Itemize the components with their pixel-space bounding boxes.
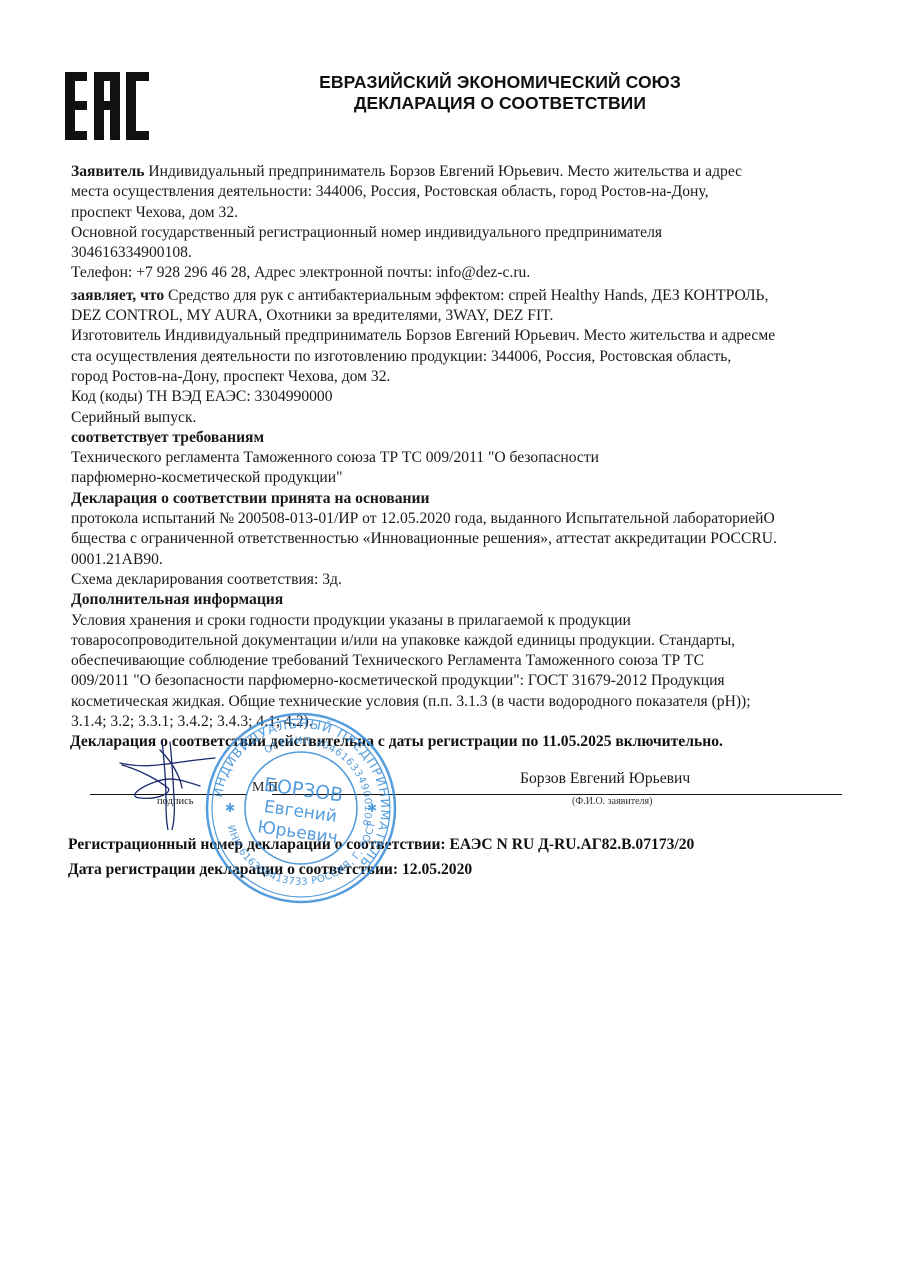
additional-section: Дополнительная информация Условия хранен… <box>71 590 861 732</box>
applicant-contacts: Телефон: +7 928 296 46 28, Адрес электро… <box>71 263 861 283</box>
applicant-line-1: Индивидуальный предприниматель Борзов Ев… <box>144 163 742 180</box>
additional-line-2: товаросопроводительной документации и/ил… <box>71 631 861 651</box>
manufacturer-section: Изготовитель Индивидуальный предпринимат… <box>71 326 861 387</box>
applicant-label: Заявитель <box>71 163 144 180</box>
additional-line-4: 009/2011 "О безопасности парфюмерно-косм… <box>71 671 861 691</box>
production-type: Серийный выпуск. <box>71 408 861 428</box>
basis-line-1: протокола испытаний № 200508-013-01/ИР о… <box>71 509 861 529</box>
declares-label: заявляет, что <box>71 287 164 304</box>
requirements-section: соответствует требованиям Технического р… <box>71 428 861 489</box>
declaration-page: ЕВРАЗИЙСКИЙ ЭКОНОМИЧЕСКИЙ СОЮЗ ДЕКЛАРАЦИ… <box>0 0 905 1280</box>
svg-text:✱: ✱ <box>225 801 235 815</box>
signer-caption: (Ф.И.О. заявителя) <box>572 796 652 807</box>
seal-place-label: М.П. <box>252 780 282 796</box>
manufacturer-line-2: ста осуществления деятельности по изгото… <box>71 347 861 367</box>
handwritten-signature-icon <box>110 740 250 830</box>
union-title: ЕВРАЗИЙСКИЙ ЭКОНОМИЧЕСКИЙ СОЮЗ <box>290 72 710 93</box>
requirements-line-1: Технического регламента Таможенного союз… <box>71 448 861 468</box>
additional-heading: Дополнительная информация <box>71 591 283 608</box>
manufacturer-line-1: Изготовитель Индивидуальный предпринимат… <box>71 326 861 346</box>
eac-logo-icon <box>64 70 150 142</box>
registration-date: Дата регистрации декларации о соответств… <box>68 861 472 879</box>
product-codes: Код (коды) ТН ВЭД ЕАЭС: 3304990000 <box>71 387 861 407</box>
applicant-line-2: места осуществления деятельности: 344006… <box>71 182 861 202</box>
registration-number: Регистрационный номер декларации о соотв… <box>68 836 694 854</box>
stamp-center-name: Евгений <box>263 797 338 827</box>
name-line <box>272 794 842 795</box>
requirements-heading: соответствует требованиям <box>71 429 264 446</box>
validity-statement: Декларация о соответствии действительна … <box>70 733 723 751</box>
signer-name: Борзов Евгений Юрьевич <box>520 770 690 788</box>
applicant-line-3: проспект Чехова, дом 32. <box>71 203 861 223</box>
declaration-scheme: Схема декларирования соответствия: 3д. <box>71 570 861 590</box>
svg-text:✱: ✱ <box>367 801 377 815</box>
declaration-title: ДЕКЛАРАЦИЯ О СООТВЕТСТВИИ <box>290 93 710 114</box>
declaration-body: Заявитель Индивидуальный предприниматель… <box>71 162 861 732</box>
basis-heading: Декларация о соответствии принята на осн… <box>71 490 429 507</box>
basis-section: Декларация о соответствии принята на осн… <box>71 489 861 590</box>
signature-caption: подпись <box>157 796 194 807</box>
additional-line-1: Условия хранения и сроки годности продук… <box>71 611 861 631</box>
additional-line-6: 3.1.4; 3.2; 3.3.1; 3.4.2; 3.4.3; 4.1; 4.… <box>71 712 861 732</box>
manufacturer-line-3: город Ростов-на-Дону, проспект Чехова, д… <box>71 367 861 387</box>
ogrnip-value: 304616334900108. <box>71 243 861 263</box>
requirements-line-2: парфюмерно-косметической продукции" <box>71 468 861 488</box>
ogrnip-label: Основной государственный регистрационный… <box>71 223 861 243</box>
additional-line-3: обеспечивающие соблюдение требований Тех… <box>71 651 861 671</box>
basis-line-3: 0001.21АВ90. <box>71 550 861 570</box>
signature-line <box>90 794 247 795</box>
product-line-2: DEZ CONTROL, MY AURA, Охотники за вредит… <box>71 306 861 326</box>
additional-line-5: косметическая жидкая. Общие технические … <box>71 692 861 712</box>
declares-section: заявляет, что Средство для рук с антибак… <box>71 286 861 327</box>
product-line-1: Средство для рук с антибактериальным эфф… <box>164 287 768 304</box>
applicant-section: Заявитель Индивидуальный предприниматель… <box>71 162 861 284</box>
basis-line-2: бщества с ограниченной ответственностью … <box>71 529 861 549</box>
document-title: ЕВРАЗИЙСКИЙ ЭКОНОМИЧЕСКИЙ СОЮЗ ДЕКЛАРАЦИ… <box>290 72 710 114</box>
